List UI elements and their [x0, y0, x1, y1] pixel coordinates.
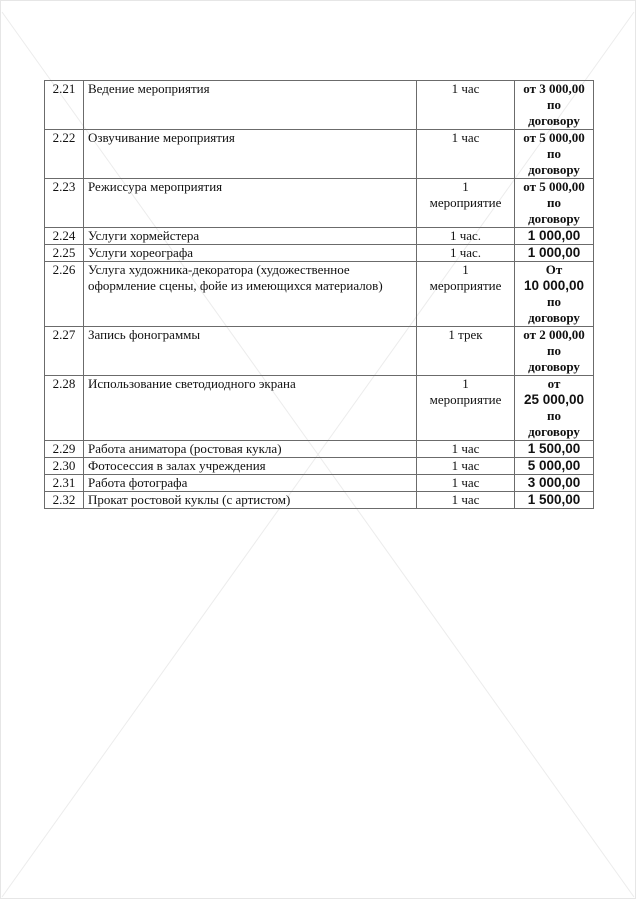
price-cell: 1 000,00: [515, 245, 594, 262]
price-text: договору: [519, 424, 589, 440]
unit-cell: 1мероприятие: [417, 376, 515, 441]
service-name: Прокат ростовой куклы (с артистом): [84, 492, 417, 509]
service-name: Услуги хормейстера: [84, 228, 417, 245]
table-row: 2.23Режиссура мероприятия1мероприятиеот …: [45, 179, 594, 228]
item-number: 2.26: [45, 262, 84, 327]
item-number: 2.28: [45, 376, 84, 441]
unit-text: 1 час: [421, 492, 510, 508]
unit-cell: 1 час: [417, 475, 515, 492]
price-text: по: [519, 195, 589, 211]
unit-cell: 1мероприятие: [417, 262, 515, 327]
item-number: 2.30: [45, 458, 84, 475]
service-name: Фотосессия в залах учреждения: [84, 458, 417, 475]
price-text: 1 500,00: [519, 492, 589, 508]
unit-text: мероприятие: [421, 278, 510, 294]
unit-text: 1 час: [421, 130, 510, 146]
service-name: Работа аниматора (ростовая кукла): [84, 441, 417, 458]
price-cell: от 5 000,00подоговору: [515, 179, 594, 228]
price-text: договору: [519, 310, 589, 326]
unit-text: 1 час.: [421, 228, 510, 244]
service-name: Запись фонограммы: [84, 327, 417, 376]
table-row: 2.32Прокат ростовой куклы (с артистом)1 …: [45, 492, 594, 509]
item-number: 2.32: [45, 492, 84, 509]
price-text: от: [519, 376, 589, 392]
item-number: 2.22: [45, 130, 84, 179]
price-text: от 5 000,00: [519, 179, 589, 195]
price-text: по: [519, 294, 589, 310]
unit-text: мероприятие: [421, 392, 510, 408]
item-number: 2.23: [45, 179, 84, 228]
table-row: 2.22Озвучивание мероприятия1 часот 5 000…: [45, 130, 594, 179]
unit-text: 1: [421, 376, 510, 392]
unit-cell: 1 час: [417, 81, 515, 130]
unit-text: 1: [421, 179, 510, 195]
price-text: 10 000,00: [519, 278, 589, 294]
price-cell: 3 000,00: [515, 475, 594, 492]
unit-cell: 1 час.: [417, 228, 515, 245]
unit-text: мероприятие: [421, 195, 510, 211]
table-row: 2.27Запись фонограммы1 трекот 2 000,00по…: [45, 327, 594, 376]
service-name: Использование светодиодного экрана: [84, 376, 417, 441]
unit-cell: 1 час: [417, 441, 515, 458]
price-cell: 1 000,00: [515, 228, 594, 245]
unit-text: 1 час: [421, 441, 510, 457]
price-cell: от 2 000,00подоговору: [515, 327, 594, 376]
unit-cell: 1 час: [417, 492, 515, 509]
price-text: 5 000,00: [519, 458, 589, 474]
item-number: 2.24: [45, 228, 84, 245]
table-row: 2.28Использование светодиодного экрана1м…: [45, 376, 594, 441]
service-name: Услуги хореографа: [84, 245, 417, 262]
unit-text: 1 час: [421, 81, 510, 97]
service-name: Озвучивание мероприятия: [84, 130, 417, 179]
table-row: 2.25Услуги хореографа1 час.1 000,00: [45, 245, 594, 262]
table-row: 2.21Ведение мероприятия1 часот 3 000,00п…: [45, 81, 594, 130]
price-table-body: 2.21Ведение мероприятия1 часот 3 000,00п…: [45, 81, 594, 509]
price-text: договору: [519, 162, 589, 178]
price-text: договору: [519, 211, 589, 227]
price-text: от 3 000,00: [519, 81, 589, 97]
unit-cell: 1 трек: [417, 327, 515, 376]
price-cell: 1 500,00: [515, 441, 594, 458]
price-text: 1 000,00: [519, 245, 589, 261]
price-cell: от25 000,00подоговору: [515, 376, 594, 441]
price-text: От: [519, 262, 589, 278]
item-number: 2.27: [45, 327, 84, 376]
service-name: Работа фотографа: [84, 475, 417, 492]
table-row: 2.24Услуги хормейстера1 час.1 000,00: [45, 228, 594, 245]
price-cell: от 5 000,00подоговору: [515, 130, 594, 179]
item-number: 2.21: [45, 81, 84, 130]
price-text: от 2 000,00: [519, 327, 589, 343]
price-cell: 1 500,00: [515, 492, 594, 509]
item-number: 2.25: [45, 245, 84, 262]
price-text: 1 000,00: [519, 228, 589, 244]
price-text: договору: [519, 113, 589, 129]
unit-text: 1 трек: [421, 327, 510, 343]
service-name: Режиссура мероприятия: [84, 179, 417, 228]
item-number: 2.29: [45, 441, 84, 458]
price-table: 2.21Ведение мероприятия1 часот 3 000,00п…: [44, 80, 594, 509]
price-text: договору: [519, 359, 589, 375]
unit-cell: 1 час.: [417, 245, 515, 262]
price-text: по: [519, 97, 589, 113]
price-text: от 5 000,00: [519, 130, 589, 146]
table-row: 2.30Фотосессия в залах учреждения1 час5 …: [45, 458, 594, 475]
service-name: Услуга художника-декоратора (художествен…: [84, 262, 417, 327]
table-row: 2.31Работа фотографа1 час3 000,00: [45, 475, 594, 492]
table-row: 2.26Услуга художника-декоратора (художес…: [45, 262, 594, 327]
price-cell: от 3 000,00подоговору: [515, 81, 594, 130]
price-text: по: [519, 343, 589, 359]
unit-text: 1 час: [421, 475, 510, 491]
price-cell: От10 000,00подоговору: [515, 262, 594, 327]
unit-text: 1 час: [421, 458, 510, 474]
unit-cell: 1 час: [417, 130, 515, 179]
price-text: 1 500,00: [519, 441, 589, 457]
unit-text: 1 час.: [421, 245, 510, 261]
table-row: 2.29Работа аниматора (ростовая кукла)1 ч…: [45, 441, 594, 458]
price-text: по: [519, 408, 589, 424]
price-text: по: [519, 146, 589, 162]
item-number: 2.31: [45, 475, 84, 492]
price-cell: 5 000,00: [515, 458, 594, 475]
price-text: 3 000,00: [519, 475, 589, 491]
unit-cell: 1 час: [417, 458, 515, 475]
unit-text: 1: [421, 262, 510, 278]
price-text: 25 000,00: [519, 392, 589, 408]
unit-cell: 1мероприятие: [417, 179, 515, 228]
service-name: Ведение мероприятия: [84, 81, 417, 130]
